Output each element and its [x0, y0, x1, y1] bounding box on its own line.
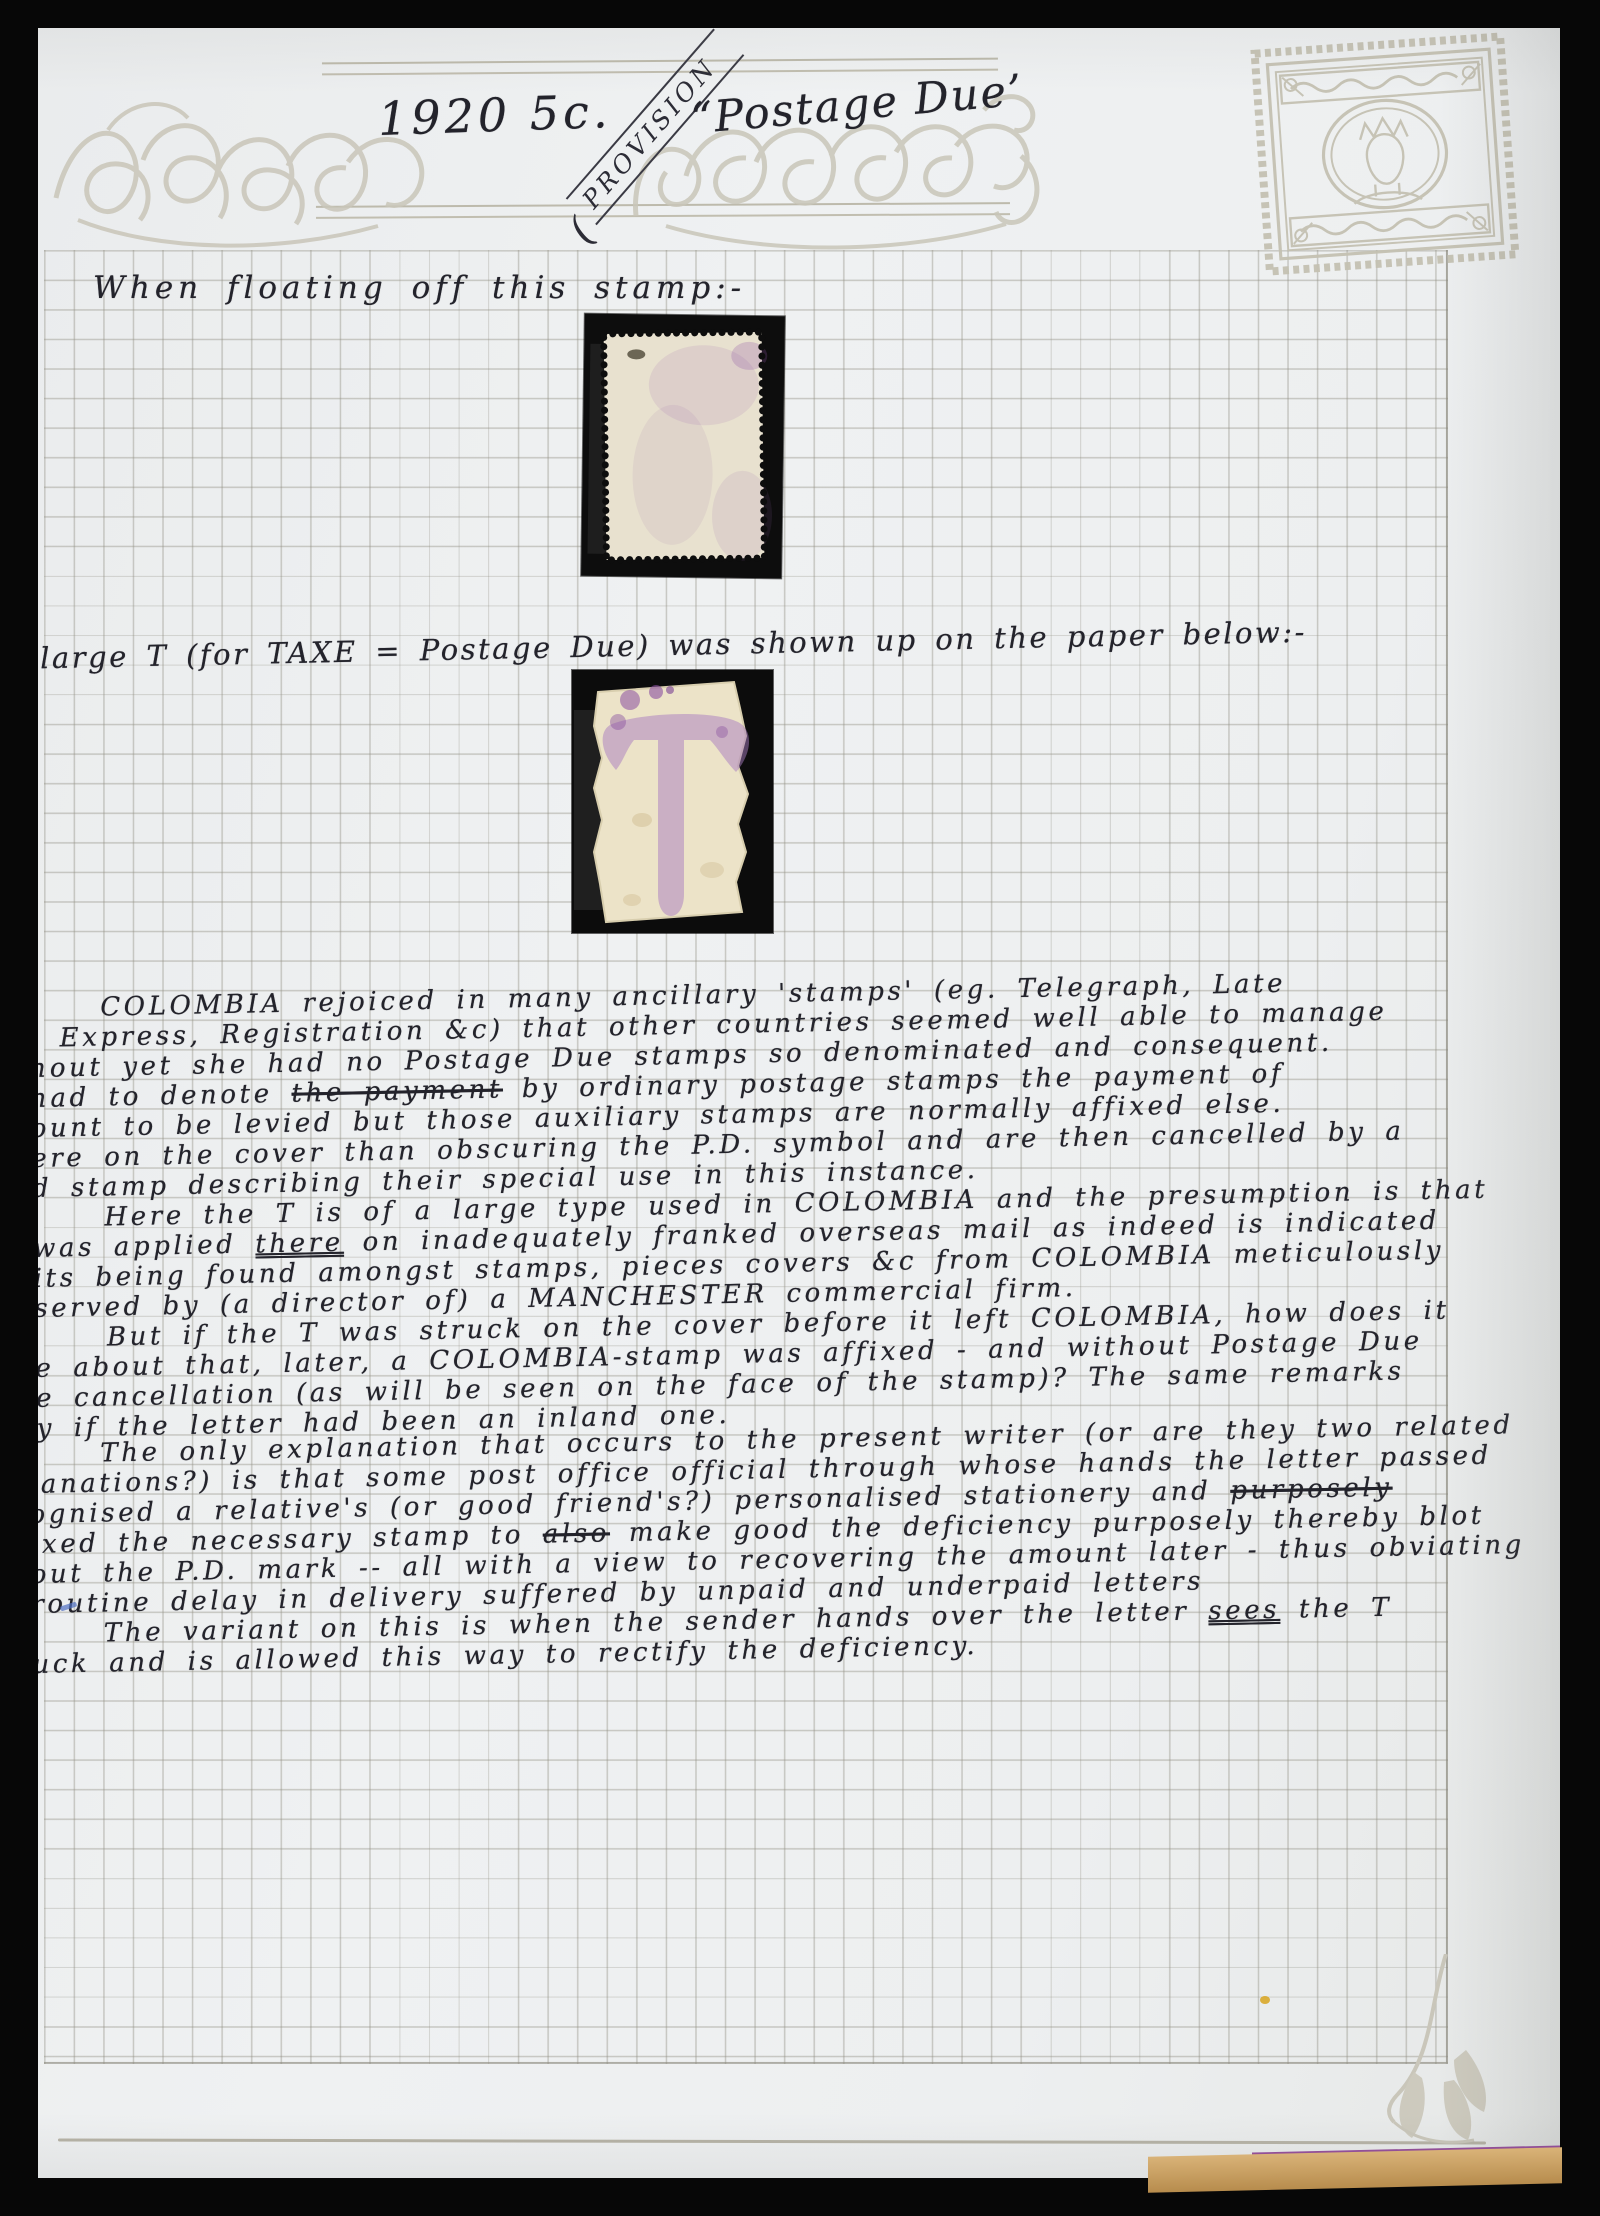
- paragraph-block-1: COLOMBIA rejoiced in many ancillary 'sta…: [38, 963, 1560, 1444]
- printed-corner-stamp: [1248, 29, 1522, 278]
- bottom-margin-rule: [58, 2139, 1486, 2145]
- scanned-album-page-photo: 1920 5c. ( PROVISION “Postage Due’ When …: [0, 0, 1600, 2216]
- handwriting-underline: sees: [1208, 1595, 1280, 1626]
- handwriting-strike: also: [542, 1518, 610, 1549]
- yellow-stain: [1260, 1996, 1270, 2004]
- album-page: 1920 5c. ( PROVISION “Postage Due’ When …: [38, 28, 1560, 2178]
- corner-flourish: [1384, 1954, 1504, 2154]
- handwriting-segment: was applied: [38, 1229, 256, 1263]
- stamp-large-t-photo: [572, 670, 773, 933]
- caption-floating-off: When floating off this stamp:-: [93, 270, 746, 306]
- handwriting-segment: the T: [1280, 1593, 1393, 1625]
- handwriting-underline: there: [255, 1228, 344, 1260]
- paragraph-block-2: The only explanation that occurs to the …: [38, 1409, 1560, 1680]
- stamp-back-photo: [581, 314, 785, 579]
- handwriting-strike: purposely: [1230, 1473, 1393, 1506]
- handwriting-strike: the payment: [291, 1074, 503, 1108]
